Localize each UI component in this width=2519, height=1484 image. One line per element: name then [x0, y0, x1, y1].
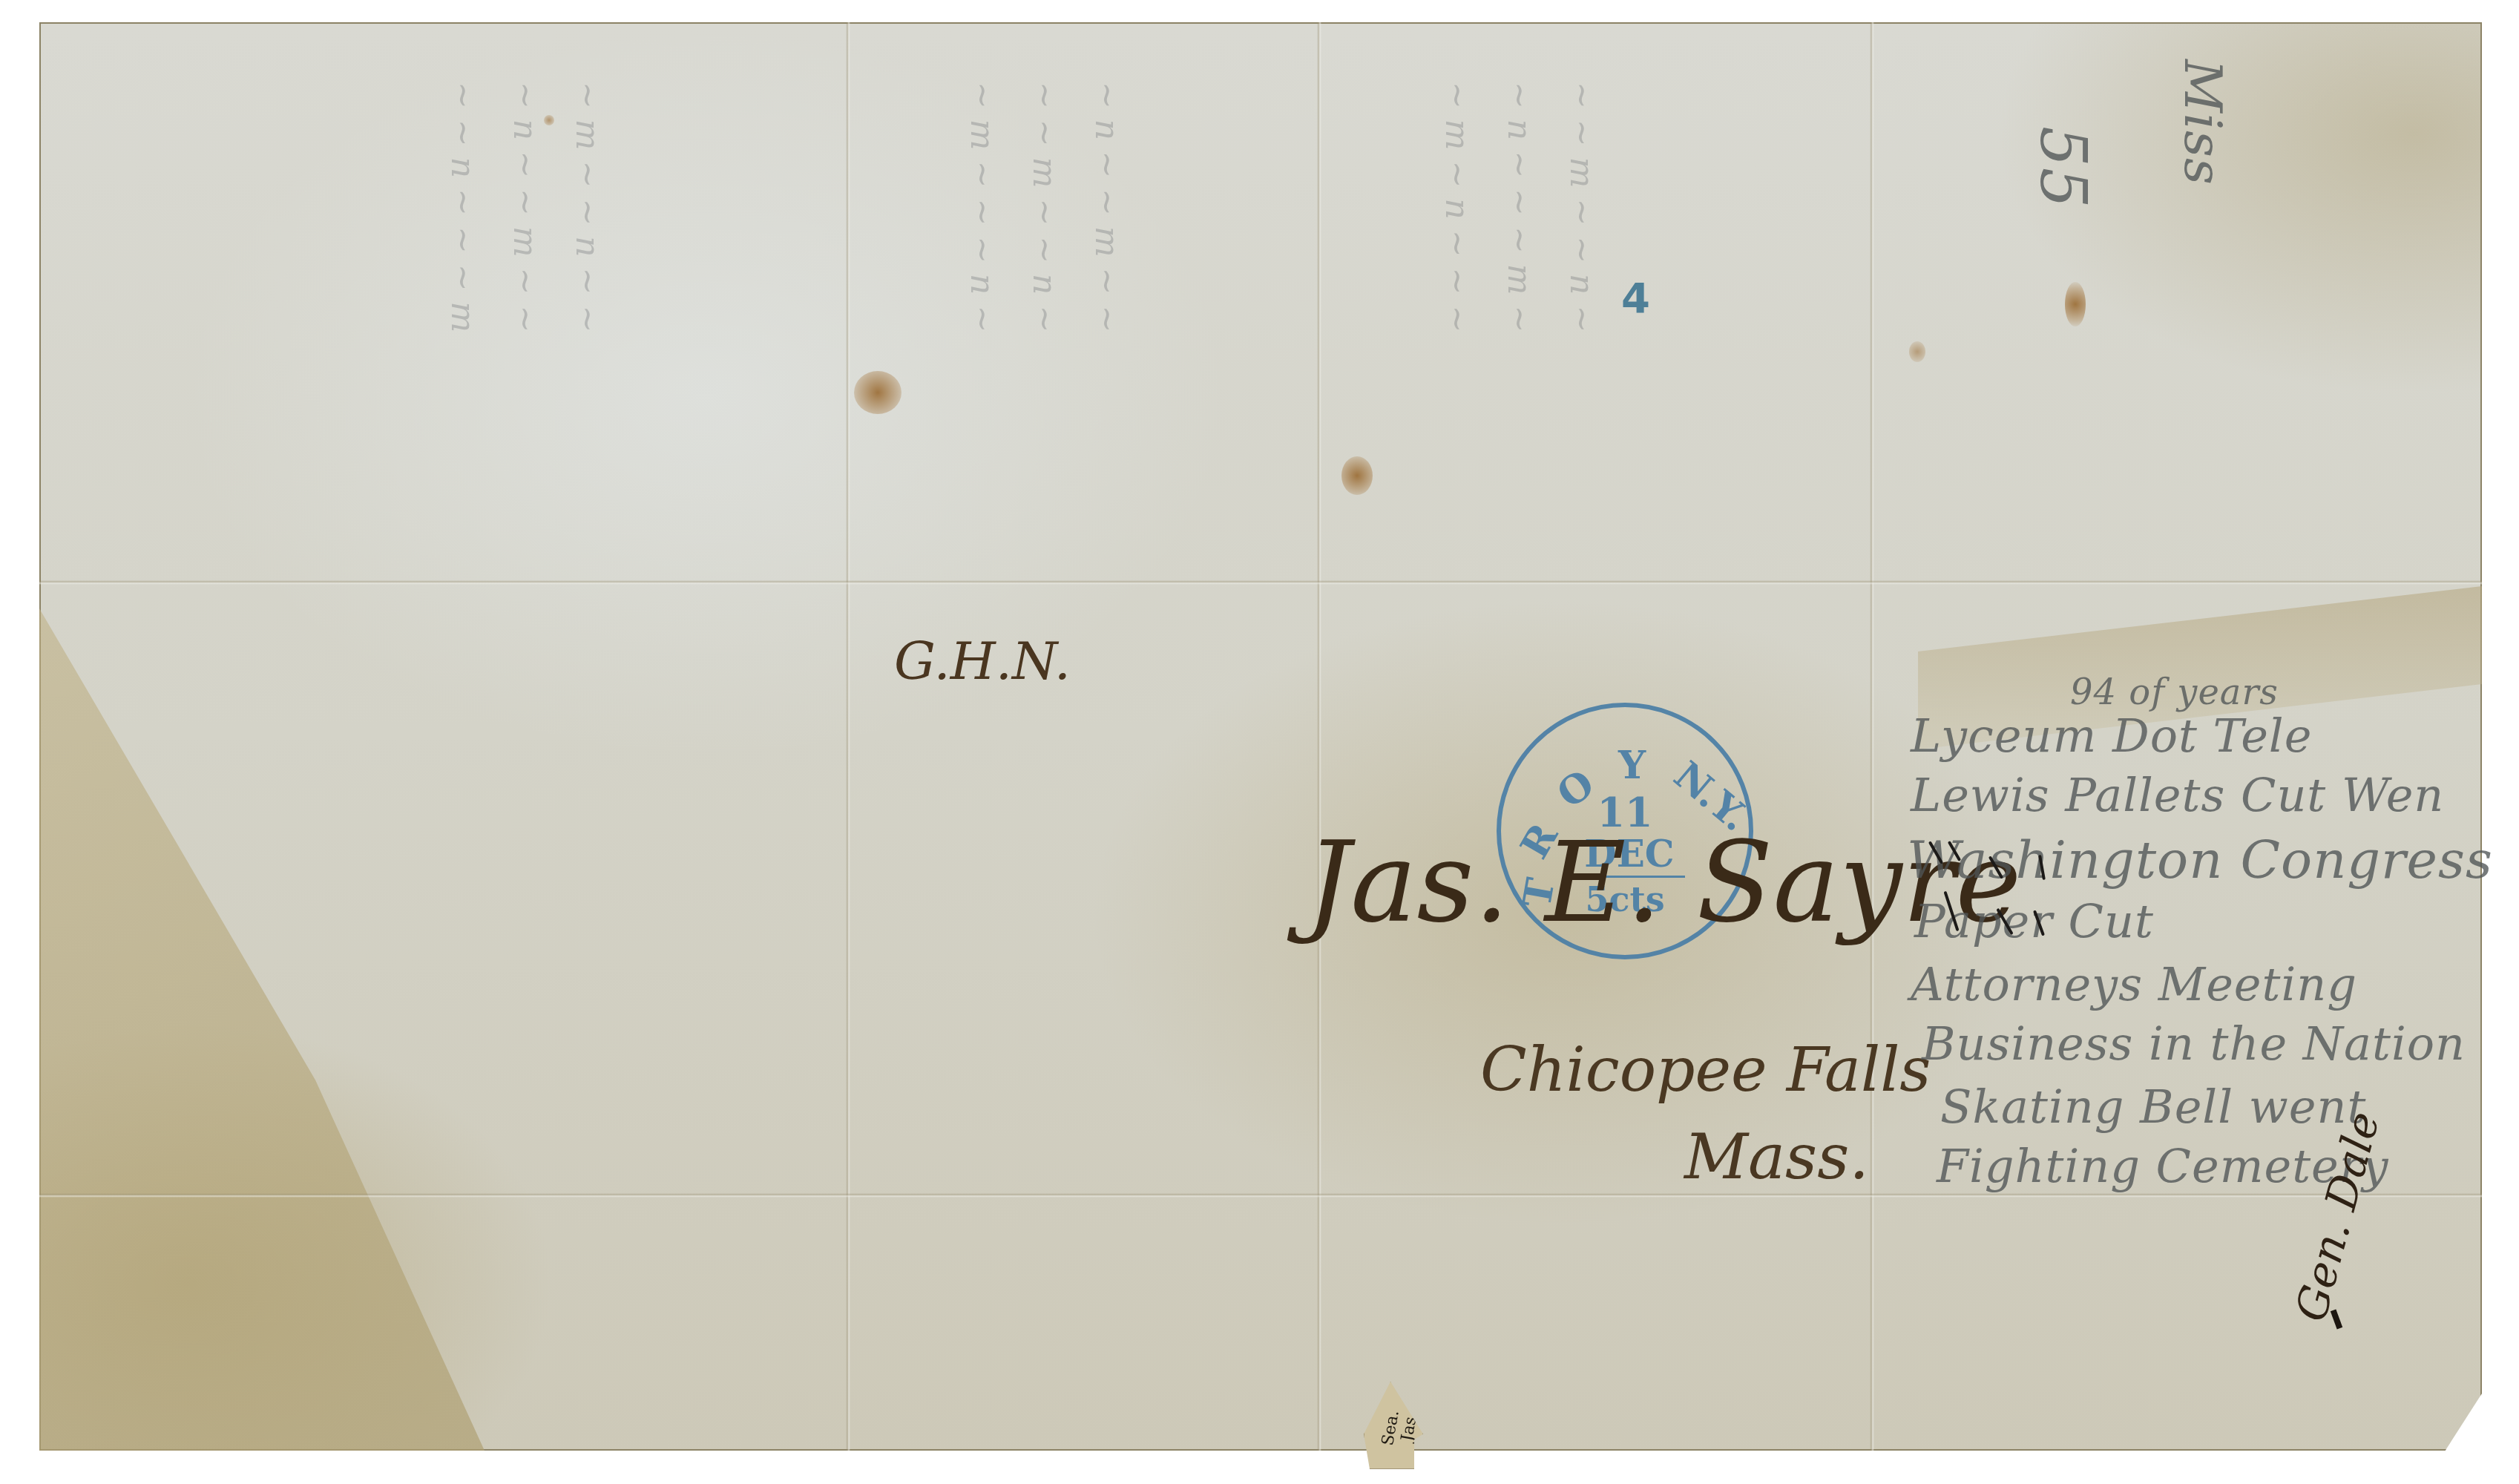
initials-note: G.H.N. [894, 631, 1071, 692]
fold-line-vertical-1 [846, 22, 850, 1451]
rust-stain [1341, 456, 1373, 495]
fold-line-vertical-2 [1317, 22, 1321, 1451]
rust-stain [1909, 341, 1925, 362]
folded-corner-flap-left [39, 608, 485, 1451]
pencil-note-line: Business in the Nation [1922, 1017, 2466, 1071]
addressee-state: Mass. [1684, 1120, 1869, 1193]
rust-stain [854, 371, 901, 414]
pencil-note-line: Attorneys Meeting [1911, 957, 2357, 1011]
bleed-through-writing: ~ n ~ ~ m ~ ~ ~ ~ m ~ ~ n ~ ~ m ~ ~ ~ n … [950, 82, 1137, 332]
tag-line-2: Sea. [1379, 1409, 1403, 1448]
rust-stain [2065, 282, 2086, 326]
rotated-note-miss: Miss [2172, 59, 2233, 185]
fold-line-horizontal-1 [39, 580, 2482, 585]
rust-stain [544, 115, 554, 125]
pencil-note-line: Lewis Pallets Cut Wen [1911, 768, 2444, 822]
fold-line-horizontal-2 [39, 1193, 2482, 1198]
pencil-note-header: 94 of years [2070, 672, 2279, 713]
pencil-note-line: Skating Bell went [1940, 1080, 2366, 1134]
addressee-town: Chicopee Falls [1480, 1035, 1931, 1106]
blue-rate-mark: 4 [1621, 275, 1650, 323]
pencil-note-line: Washington Congress [1907, 830, 2493, 890]
fold-line-vertical-3 [1870, 22, 1874, 1451]
postmark-town-y: Y [1618, 743, 1646, 788]
pencil-note-line: Lyceum Dot Tele [1911, 709, 2312, 763]
bleed-through-writing: ~ m ~ ~ n ~ ~ ~ n ~ ~ m ~ ~ ~ ~ n ~ ~ ~ … [431, 82, 618, 332]
bleed-through-writing: ~ ~ m ~ ~ n ~ ~ n ~ ~ ~ m ~ ~ m ~ n ~ ~ … [1425, 82, 1612, 332]
rotated-note-number: 55 [2026, 126, 2100, 209]
